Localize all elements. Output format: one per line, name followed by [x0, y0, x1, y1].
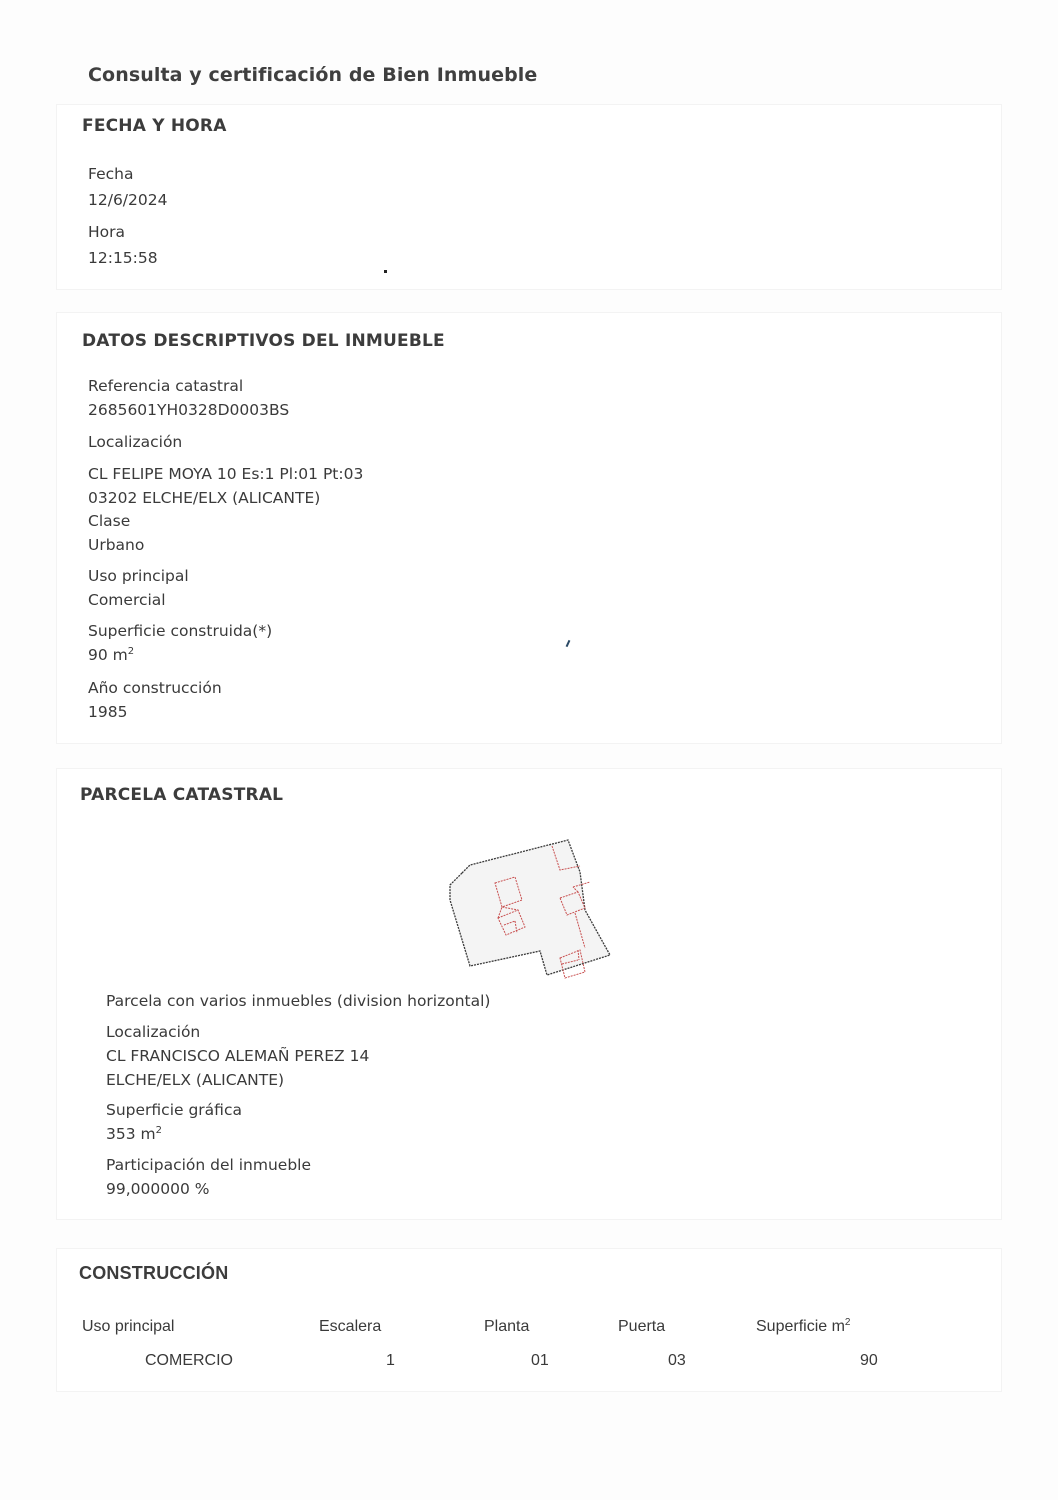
anio-value: 1985: [88, 700, 222, 724]
clase-value: Urbano: [88, 533, 144, 557]
anio-label: Año construcción: [88, 676, 222, 700]
hora-label: Hora: [88, 220, 158, 244]
participacion-value: 99,000000 %: [106, 1177, 311, 1201]
column-header-uso: Uso principal: [82, 1318, 174, 1336]
column-header-escalera: Escalera: [319, 1318, 381, 1336]
field-superficie-grafica: Superficie gráfica 353 m2: [106, 1098, 242, 1146]
field-anio-construccion: Año construcción 1985: [88, 676, 222, 724]
uso-label: Uso principal: [88, 564, 189, 588]
superficie-value: 90 m2: [88, 643, 272, 667]
parcela-localizacion-line1: CL FRANCISCO ALEMAÑ PEREZ 14: [106, 1044, 369, 1068]
parcel-plan-icon: [440, 830, 620, 980]
cell-superficie: 90: [860, 1352, 878, 1370]
referencia-label: Referencia catastral: [88, 374, 289, 398]
section-heading-construccion: CONSTRUCCIÓN: [79, 1263, 228, 1284]
superficie-grafica-label: Superficie gráfica: [106, 1098, 242, 1122]
column-header-puerta: Puerta: [618, 1318, 665, 1336]
localizacion-line1: CL FELIPE MOYA 10 Es:1 Pl:01 Pt:03: [88, 462, 363, 486]
hora-value: 12:15:58: [88, 246, 158, 270]
clase-label: Clase: [88, 509, 144, 533]
field-clase: Clase Urbano: [88, 509, 144, 557]
column-header-planta: Planta: [484, 1318, 529, 1336]
scan-speck: [384, 270, 387, 273]
field-localizacion: Localización CL FELIPE MOYA 10 Es:1 Pl:0…: [88, 430, 363, 510]
field-hora: Hora 12:15:58: [88, 220, 158, 270]
parcela-descripcion: Parcela con varios inmuebles (division h…: [106, 989, 490, 1013]
participacion-label: Participación del inmueble: [106, 1153, 311, 1177]
field-superficie-construida: Superficie construida(*) 90 m2: [88, 619, 272, 667]
section-heading-datos: DATOS DESCRIPTIVOS DEL INMUEBLE: [82, 331, 445, 351]
document-title: Consulta y certificación de Bien Inmuebl…: [88, 64, 537, 86]
field-participacion: Participación del inmueble 99,000000 %: [106, 1153, 311, 1201]
superficie-grafica-value: 353 m2: [106, 1122, 242, 1146]
field-fecha: Fecha 12/6/2024: [88, 162, 167, 212]
uso-value: Comercial: [88, 588, 189, 612]
section-heading-parcela: PARCELA CATASTRAL: [80, 785, 283, 805]
field-uso-principal: Uso principal Comercial: [88, 564, 189, 612]
field-parcela-descripcion: Parcela con varios inmuebles (division h…: [106, 989, 490, 1013]
fecha-label: Fecha: [88, 162, 167, 186]
field-referencia-catastral: Referencia catastral 2685601YH0328D0003B…: [88, 374, 289, 422]
field-parcela-localizacion: Localización CL FRANCISCO ALEMAÑ PEREZ 1…: [106, 1020, 369, 1092]
cell-planta: 01: [531, 1352, 549, 1370]
cell-escalera: 1: [386, 1352, 395, 1370]
superficie-label: Superficie construida(*): [88, 619, 272, 643]
cell-uso: COMERCIO: [145, 1352, 233, 1370]
localizacion-label: Localización: [88, 430, 363, 454]
column-header-superficie: Superficie m2: [756, 1318, 850, 1336]
localizacion-line2: 03202 ELCHE/ELX (ALICANTE): [88, 486, 363, 510]
parcela-localizacion-label: Localización: [106, 1020, 369, 1044]
parcela-localizacion-line2: ELCHE/ELX (ALICANTE): [106, 1068, 369, 1092]
fecha-value: 12/6/2024: [88, 188, 167, 212]
section-heading-fecha-hora: FECHA Y HORA: [82, 116, 227, 136]
referencia-value: 2685601YH0328D0003BS: [88, 398, 289, 422]
cell-puerta: 03: [668, 1352, 686, 1370]
